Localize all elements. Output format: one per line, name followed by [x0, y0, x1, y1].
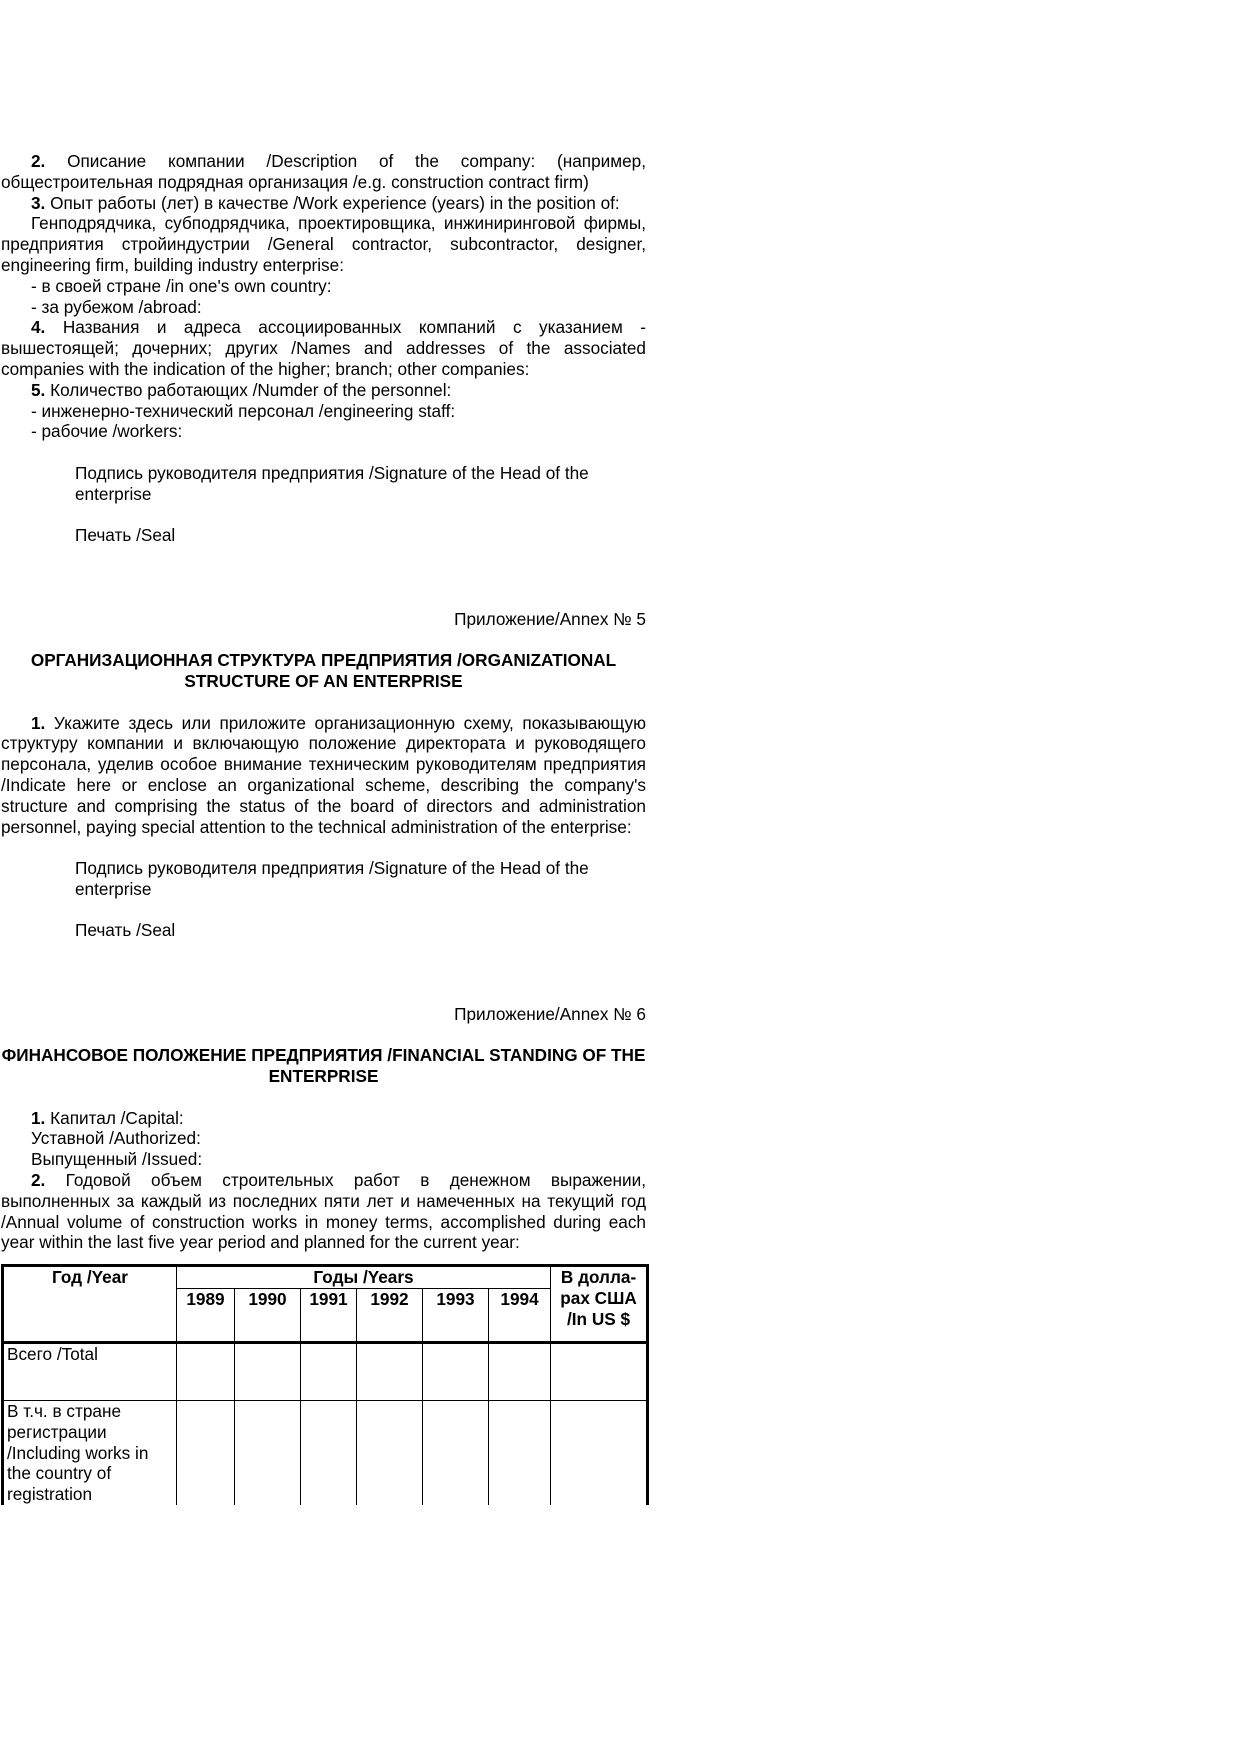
annex-6-item-2-volume: 2. Годовой объем строительных работ в де…: [1, 1170, 646, 1253]
header-years: Годы /Years: [177, 1266, 551, 1289]
item-4-associated-companies: 4. Названия и адреса ассоциированных ком…: [1, 317, 646, 379]
abroad-line: - за рубежом /abroad:: [1, 297, 646, 318]
row-label-country: В т.ч. в стране регистрации /Including w…: [3, 1401, 177, 1506]
seal-line: Печать /Seal: [1, 525, 615, 546]
signature-line: Подпись руководителя предприятия /Signat…: [1, 858, 615, 900]
annex-6-title: ФИНАНСОВОЕ ПОЛОЖЕНИЕ ПРЕДПРИЯТИЯ /FINANC…: [1, 1045, 646, 1087]
cell-1994[interactable]: [489, 1401, 551, 1506]
header-year-1992: 1992: [357, 1289, 423, 1343]
item-5-personnel: 5. Количество работающих /Numder of the …: [1, 380, 646, 401]
cell-1993[interactable]: [423, 1343, 489, 1401]
issued-capital-line: Выпущенный /Issued:: [1, 1149, 646, 1170]
cell-1989[interactable]: [177, 1343, 235, 1401]
annex-5-title: ОРГАНИЗАЦИОННАЯ СТРУКТУРА ПРЕДПРИЯТИЯ /O…: [1, 650, 646, 692]
cell-1989[interactable]: [177, 1401, 235, 1506]
item-number: 2.: [31, 151, 45, 171]
annex-5-label: Приложение/Annex № 5: [1, 609, 646, 630]
workers-line: - рабочие /workers:: [1, 421, 646, 442]
document-page: 2. Описание компании /Description of the…: [1, 151, 646, 1505]
positions-text: Генподрядчика, субподрядчика, проектиров…: [1, 213, 646, 275]
header-year-1991: 1991: [301, 1289, 357, 1343]
own-country-line: - в своей стране /in one's own country:: [1, 276, 646, 297]
row-label-total: Всего /Total: [3, 1343, 177, 1401]
cell-usd[interactable]: [551, 1401, 648, 1506]
header-year-1989: 1989: [177, 1289, 235, 1343]
cell-1990[interactable]: [235, 1401, 301, 1506]
authorized-capital-line: Уставной /Authorized:: [1, 1128, 646, 1149]
cell-1990[interactable]: [235, 1343, 301, 1401]
table-row: Всего /Total: [3, 1343, 648, 1401]
item-3-experience: 3. Опыт работы (лет) в качестве /Work ex…: [1, 193, 646, 214]
item-number: 1.: [31, 1108, 45, 1128]
cell-1992[interactable]: [357, 1343, 423, 1401]
item-2-description: 2. Описание компании /Description of the…: [1, 151, 646, 193]
header-year: Год /Year: [3, 1266, 177, 1343]
cell-1994[interactable]: [489, 1343, 551, 1401]
item-number: 5.: [31, 380, 45, 400]
header-year-1990: 1990: [235, 1289, 301, 1343]
header-year-1994: 1994: [489, 1289, 551, 1343]
item-number: 4.: [31, 317, 45, 337]
cell-1993[interactable]: [423, 1401, 489, 1506]
item-number: 3.: [31, 193, 45, 213]
cell-usd[interactable]: [551, 1343, 648, 1401]
header-currency: В долла- рах США /In US $: [551, 1266, 648, 1343]
signature-line: Подпись руководителя предприятия /Signat…: [1, 463, 615, 505]
header-year-1993: 1993: [423, 1289, 489, 1343]
seal-line: Печать /Seal: [1, 920, 615, 941]
engineering-staff-line: - инженерно-технический персонал /engine…: [1, 401, 646, 422]
item-number: 1.: [31, 713, 45, 733]
annex-5-item-1: 1. Укажите здесь или приложите организац…: [1, 713, 646, 838]
table-row: В т.ч. в стране регистрации /Including w…: [3, 1401, 648, 1506]
annex-6-item-1-capital: 1. Капитал /Capital:: [1, 1108, 646, 1129]
cell-1991[interactable]: [301, 1343, 357, 1401]
cell-1992[interactable]: [357, 1401, 423, 1506]
annual-volume-table: Год /Year Годы /Years В долла- рах США /…: [1, 1264, 649, 1505]
annex-6-label: Приложение/Annex № 6: [1, 1004, 646, 1025]
item-number: 2.: [31, 1170, 45, 1190]
cell-1991[interactable]: [301, 1401, 357, 1506]
